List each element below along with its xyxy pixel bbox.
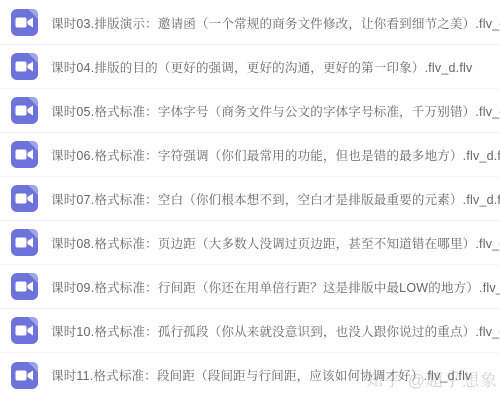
video-file-row[interactable]: 课时04.排版的目的（更好的强调，更好的沟通，更好的第一印象）.flv_d.fl… bbox=[0, 45, 500, 89]
video-file-row[interactable]: 课时10.格式标准：孤行孤段（你从来就没意识到，也没人跟你说过的重点）.flv_… bbox=[0, 309, 500, 353]
video-file-row[interactable]: 课时08.格式标准：页边距（大多数人没调过页边距，甚至不知道错在哪里）.flv_… bbox=[0, 221, 500, 265]
video-file-name: 课时07.格式标准：空白（你们根本想不到，空白才是排版最重要的元素）.flv_d… bbox=[51, 190, 500, 208]
video-file-row[interactable]: 课时11.格式标准：段间距（段间距与行间距，应该如何协调才好）.flv_d.fl… bbox=[0, 353, 500, 397]
video-file-list-page: 课时03.排版演示：邀请函（一个常规的商务文件修改，让你看到细节之美）.flv_… bbox=[0, 0, 500, 397]
video-file-icon bbox=[10, 52, 39, 81]
video-file-row[interactable]: 课时05.格式标准：字体字号（商务文件与公文的字体字号标准，千万别错）.flv_… bbox=[0, 89, 500, 133]
video-file-row[interactable]: 课时03.排版演示：邀请函（一个常规的商务文件修改，让你看到细节之美）.flv_… bbox=[0, 1, 500, 45]
file-list: 课时03.排版演示：邀请函（一个常规的商务文件修改，让你看到细节之美）.flv_… bbox=[0, 0, 500, 397]
video-file-icon bbox=[10, 228, 39, 257]
video-file-icon bbox=[10, 96, 39, 125]
video-file-icon bbox=[10, 272, 39, 301]
video-file-icon bbox=[10, 8, 39, 37]
video-file-name: 课时06.格式标准：字符强调（你们最常用的功能，但也是错的最多地方）.flv_d… bbox=[51, 146, 500, 164]
video-file-name: 课时05.格式标准：字体字号（商务文件与公文的字体字号标准，千万别错）.flv_… bbox=[51, 102, 500, 120]
video-file-name: 课时04.排版的目的（更好的强调，更好的沟通，更好的第一印象）.flv_d.fl… bbox=[51, 58, 500, 76]
video-file-icon bbox=[10, 361, 39, 390]
video-file-icon bbox=[10, 316, 39, 345]
video-file-name: 课时10.格式标准：孤行孤段（你从来就没意识到，也没人跟你说过的重点）.flv_… bbox=[51, 322, 500, 340]
video-file-row[interactable]: 课时09.格式标准：行间距（你还在用单倍行距？这是排版中最LOW的地方）.flv… bbox=[0, 265, 500, 309]
video-file-icon bbox=[10, 140, 39, 169]
video-file-icon bbox=[10, 184, 39, 213]
video-file-name: 课时09.格式标准：行间距（你还在用单倍行距？这是排版中最LOW的地方）.flv… bbox=[51, 278, 500, 296]
video-file-name: 课时03.排版演示：邀请函（一个常规的商务文件修改，让你看到细节之美）.flv_… bbox=[51, 14, 500, 32]
video-file-row[interactable]: 课时06.格式标准：字符强调（你们最常用的功能，但也是错的最多地方）.flv_d… bbox=[0, 133, 500, 177]
video-file-name: 课时08.格式标准：页边距（大多数人没调过页边距，甚至不知道错在哪里）.flv_… bbox=[51, 234, 500, 252]
video-file-row[interactable]: 课时07.格式标准：空白（你们根本想不到，空白才是排版最重要的元素）.flv_d… bbox=[0, 177, 500, 221]
video-file-name: 课时11.格式标准：段间距（段间距与行间距，应该如何协调才好）.flv_d.fl… bbox=[51, 366, 500, 384]
